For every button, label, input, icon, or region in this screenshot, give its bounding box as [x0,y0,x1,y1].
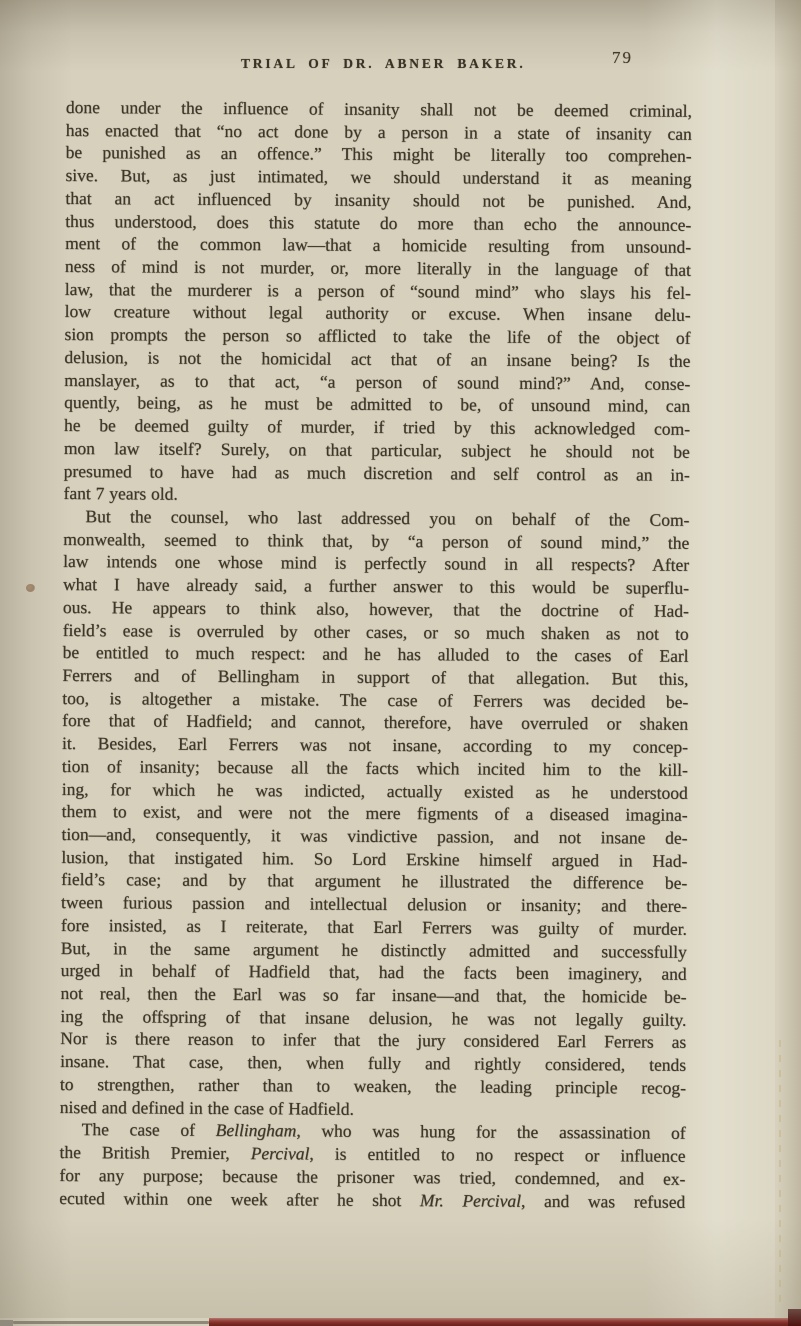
scanned-book-page: TRIAL OF DR. ABNER BAKER. 79 done under … [0,0,801,1326]
text-segment: ecuted within one week after he shot [59,1187,420,1209]
page-number: 79 [612,48,633,68]
body-line: delusion, is not the homicidal act that … [64,346,690,373]
body-line: Ferrers and of Bellingham in support of … [62,664,688,691]
text-segment: , and was refused [521,1190,685,1211]
page-edge-marks [779,1040,781,1310]
book-cover-edge [209,1318,801,1326]
scan-shadow-bottom [0,1218,801,1318]
body-line: fore insisted, as I reiterate, that Earl… [61,914,687,941]
body-line: for any purpose; because the prisoner wa… [59,1164,685,1191]
scan-edge-dark-left [0,1320,13,1326]
paragraph-1: done under the influence of insanity sha… [64,96,692,509]
paper-stain-speck [26,584,35,592]
text-segment-italic: Mr. Percival [420,1190,521,1211]
text-segment: The case of [82,1119,216,1140]
paragraph-3: The case of Bellingham, who was hung for… [59,1118,686,1213]
body-line: mon law itself? Surely, on that particul… [64,437,690,464]
running-header: TRIAL OF DR. ABNER BAKER. [241,56,526,72]
body-line: to strengthen, rather than to weaken, th… [60,1073,686,1100]
body-line: ecuted within one week after he shot Mr.… [59,1186,685,1213]
text-segment: , who was hung for the assassination of [296,1121,685,1143]
body-line: that an act influenced by insanity shoul… [65,187,691,214]
body-line: tion of insanity; because all the facts … [62,755,688,782]
book-cover-corner [788,1309,801,1326]
scan-edge-gray-line [13,1321,209,1324]
body-line: done under the influence of insanity sha… [66,96,692,123]
scan-shadow-right [777,0,801,1326]
body-line: ous. He appears to think also, however, … [63,596,689,623]
text-segment: , is entitled to no respect or influence [309,1144,685,1166]
text-segment: for any purpose; because the prisoner wa… [59,1165,685,1189]
text-segment-italic: Bellingham [216,1120,297,1140]
text-segment-italic: Percival [251,1143,310,1163]
body-line: But the counsel, who last addressed you … [63,505,689,532]
paragraph-2: But the counsel, who last addressed you … [60,505,690,1122]
text-segment: the British Premier, [59,1142,250,1163]
body-text: done under the influence of insanity sha… [59,96,692,1213]
